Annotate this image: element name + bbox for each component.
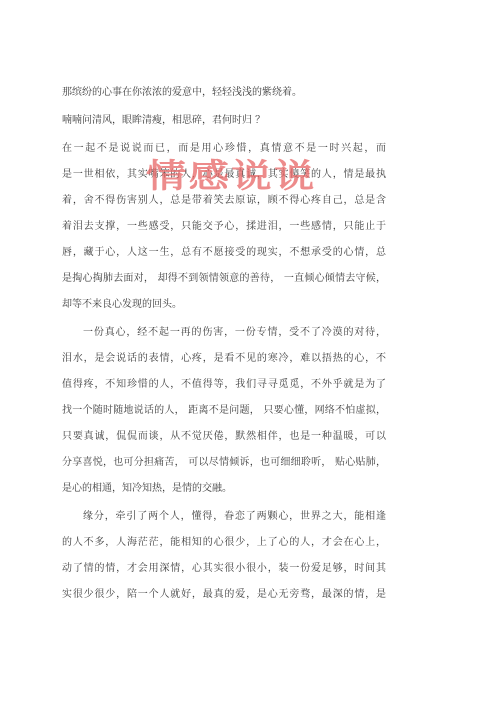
paragraph: 一份真心，经不起一再的伤害，一份专情，受不了冷漠的对待，泪水，是会说话的表情，心… (62, 320, 386, 502)
text-line: 着泪去支撑，一些感受，只能交予心，揉进泪，一些感情，只能止于 (62, 214, 386, 240)
text-line: 一份真心，经不起一再的伤害，一份专情，受不了冷漠的对待， (62, 320, 386, 346)
paragraph: 喃喃问清风，眼眸清瘦，相思碎，君何时归 ？ (62, 108, 386, 134)
article-text: 那缤纷的心事在你浓浓的爱意中，轻轻浅浅的紫绕着。喃喃问清风，眼眸清瘦，相思碎，君… (62, 80, 386, 610)
text-line: 只要真诚，侃侃而谈，从不觉厌倦，默然相伴，也是一种温暖，可以 (62, 424, 386, 450)
text-line: 动了情的情，才会用深情，心其实很小很小，装一份爱足够，时间其 (62, 556, 386, 582)
text-line: 值得疼，不知珍惜的人，不值得等，我们寻寻觅觅，不外乎就是为了 (62, 372, 386, 398)
text-line: 是心的相通，知冷知热，是情的交融。 (62, 476, 386, 502)
text-line: 那缤纷的心事在你浓浓的爱意中，轻轻浅浅的紫绕着。 (62, 80, 386, 106)
text-line: 缘分，牵引了两个人，懂得，眷恋了两颗心，世界之大，能相逢 (62, 504, 386, 530)
text-line: 唇，藏于心，人这一生，总有不愿接受的现实，不想承受的心情，总 (62, 240, 386, 266)
text-line: 是掏心掏肺去面对， 却得不到领情领意的善待， 一直倾心倾情去守候， (62, 266, 386, 292)
paragraph: 缘分，牵引了两个人，懂得，眷恋了两颗心，世界之大，能相逢的人不多，人海茫茫，能相… (62, 504, 386, 608)
text-line: 是一世相依，其实嘴笨的人，心是最真诚，其实傻笑的人，情是最执 (62, 162, 386, 188)
text-line: 在一起不是说说而已，而是用心珍惜，真情意不是一时兴起，而 (62, 136, 386, 162)
text-line: 泪水，是会说话的表情，心疼，是看不见的寒冷，难以捂热的心，不 (62, 346, 386, 372)
text-line: 实很少很少，陪一个人就好，最真的爱，是心无旁骛，最深的情，是 (62, 582, 386, 608)
document-page: 那缤纷的心事在你浓浓的爱意中，轻轻浅浅的紫绕着。喃喃问清风，眼眸清瘦，相思碎，君… (0, 0, 500, 708)
text-line: 找一个随时随地说话的人， 距离不是问题， 只要心懂，网络不怕虚拟， (62, 398, 386, 424)
paragraph: 那缤纷的心事在你浓浓的爱意中，轻轻浅浅的紫绕着。 (62, 80, 386, 106)
text-line: 分享喜悦，也可分担痛苦， 可以尽情倾诉，也可细细聆听， 贴心贴肺， (62, 450, 386, 476)
text-line: 喃喃问清风，眼眸清瘦，相思碎，君何时归 ？ (62, 108, 386, 134)
paragraph: 在一起不是说说而已，而是用心珍惜，真情意不是一时兴起，而是一世相依，其实嘴笨的人… (62, 136, 386, 318)
text-line: 的人不多，人海茫茫，能相知的心很少，上了心的人，才会在心上， (62, 530, 386, 556)
text-line: 着，舍不得伤害别人，总是带着笑去原谅，顾不得心疼自己，总是含 (62, 188, 386, 214)
text-line: 却等不来良心发现的回头。 (62, 292, 386, 318)
